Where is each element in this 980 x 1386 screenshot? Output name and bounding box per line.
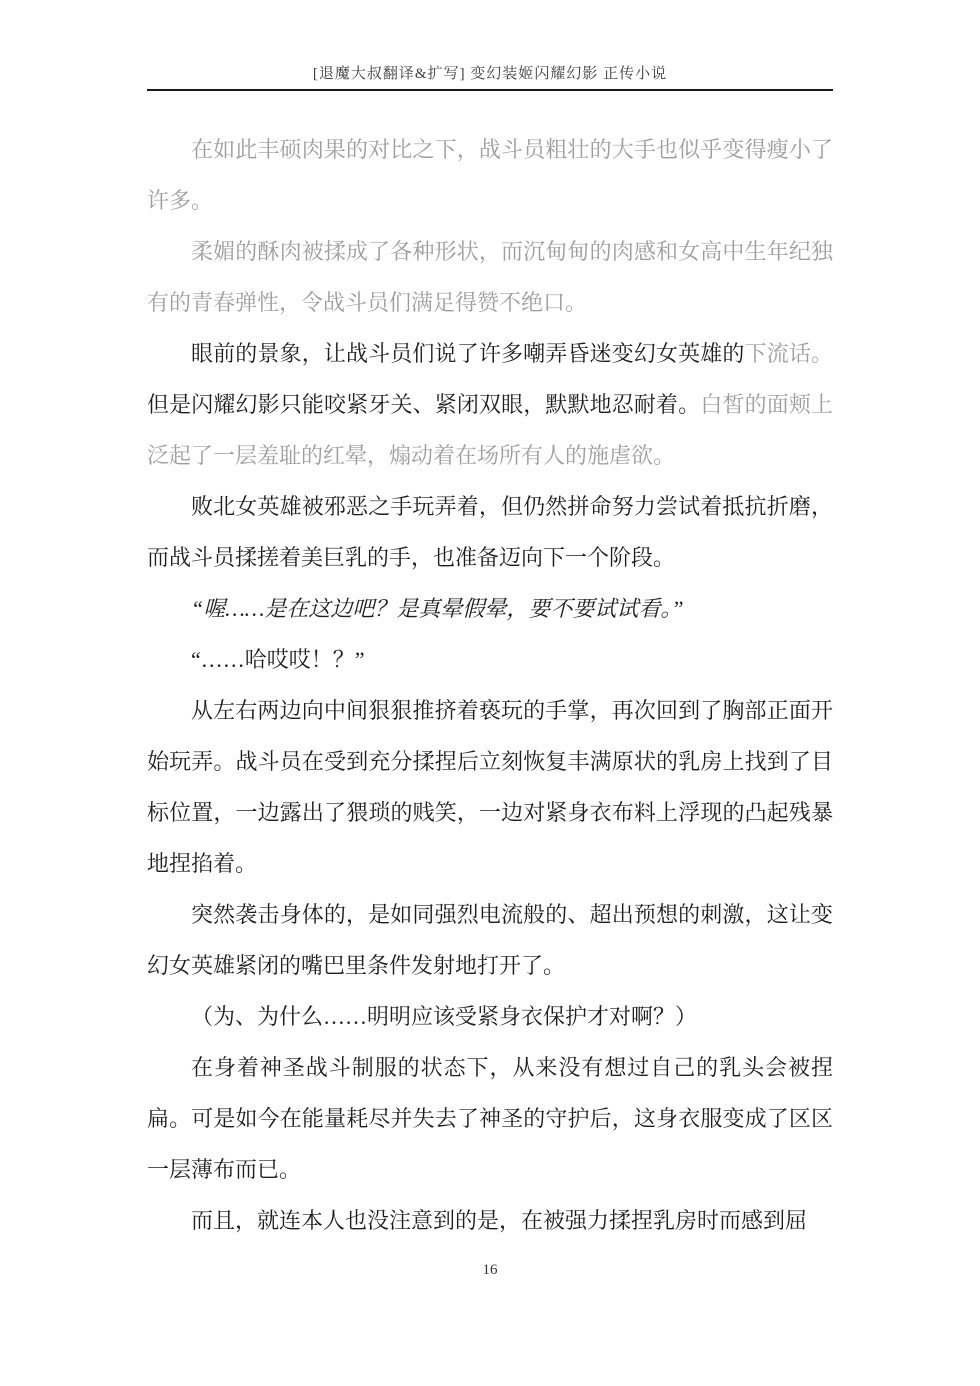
text-run-black: 眼前的景象，让战斗员们说了许多嘲弄昏迷变幻女英雄的 xyxy=(191,341,745,366)
page-header-title: [退魔大叔翻译&扩写] 变幻装姬闪耀幻影 正传小说 xyxy=(147,63,833,85)
paragraph-dialogue-italic: “喔……是在这边吧？是真晕假晕，要不要试试看。” xyxy=(147,583,833,634)
page-number: 16 xyxy=(0,1262,980,1279)
text-run-gray: 下流话。 xyxy=(745,341,833,366)
text-run-gray: 柔媚的酥肉被揉成了各种形状，而沉甸甸的肉感和女高中生年纪独有的青春弹性，令战斗员… xyxy=(147,239,833,315)
text-run-black: 败北女英雄被邪恶之手玩弄着，但仍然拼命努力尝试着抵抗折磨，而战斗员揉搓着美巨乳的… xyxy=(147,494,833,570)
paragraph: 眼前的景象，让战斗员们说了许多嘲弄昏迷变幻女英雄的下流话。但是闪耀幻影只能咬紧牙… xyxy=(147,328,833,481)
text-run-black: 突然袭击身体的，是如同强烈电流般的、超出预想的刺激，这让变幻女英雄紧闭的嘴巴里条… xyxy=(147,902,833,978)
text-run-black: （为、为什么……明明应该受紧身衣保护才对啊？） xyxy=(191,1004,697,1029)
text-run-black: 而且，就连本人也没注意到的是，在被强力揉捏乳房时而感到屈 xyxy=(191,1208,807,1233)
text-run-black: 在身着神圣战斗制服的状态下，从来没有想过自己的乳头会被捏扁。可是如今在能量耗尽并… xyxy=(147,1055,833,1182)
text-run-black: “喔……是在这边吧？是真晕假晕，要不要试试看。” xyxy=(191,596,684,621)
text-run-black: “……哈哎哎！？” xyxy=(191,647,365,672)
document-page: [退魔大叔翻译&扩写] 变幻装姬闪耀幻影 正传小说 在如此丰硕肉果的对比之下，战… xyxy=(0,0,980,1386)
paragraph: （为、为什么……明明应该受紧身衣保护才对啊？） xyxy=(147,991,833,1042)
paragraph: 突然袭击身体的，是如同强烈电流般的、超出预想的刺激，这让变幻女英雄紧闭的嘴巴里条… xyxy=(147,889,833,991)
paragraph: 柔媚的酥肉被揉成了各种形状，而沉甸甸的肉感和女高中生年纪独有的青春弹性，令战斗员… xyxy=(147,226,833,328)
paragraph: 在如此丰硕肉果的对比之下，战斗员粗壮的大手也似乎变得瘦小了许多。 xyxy=(147,124,833,226)
paragraph: 在身着神圣战斗制服的状态下，从来没有想过自己的乳头会被捏扁。可是如今在能量耗尽并… xyxy=(147,1042,833,1195)
paragraph: 而且，就连本人也没注意到的是，在被强力揉捏乳房时而感到屈 xyxy=(147,1195,833,1246)
text-run-gray: 在如此丰硕肉果的对比之下，战斗员粗壮的大手也似乎变得瘦小了许多。 xyxy=(147,137,833,213)
text-run-black: 从左右两边向中间狠狠推挤着亵玩的手掌，再次回到了胸部正面开始玩弄。战斗员在受到充… xyxy=(147,698,833,876)
paragraph: “……哈哎哎！？” xyxy=(147,634,833,685)
text-run-black: 但是闪耀幻影只能咬紧牙关、紧闭双眼，默默地忍耐着。 xyxy=(147,392,700,417)
paragraph: 败北女英雄被邪恶之手玩弄着，但仍然拼命努力尝试着抵抗折磨，而战斗员揉搓着美巨乳的… xyxy=(147,481,833,583)
paragraph: 从左右两边向中间狠狠推挤着亵玩的手掌，再次回到了胸部正面开始玩弄。战斗员在受到充… xyxy=(147,685,833,889)
document-body: 在如此丰硕肉果的对比之下，战斗员粗壮的大手也似乎变得瘦小了许多。柔媚的酥肉被揉成… xyxy=(147,124,833,1246)
header-rule xyxy=(147,89,833,91)
